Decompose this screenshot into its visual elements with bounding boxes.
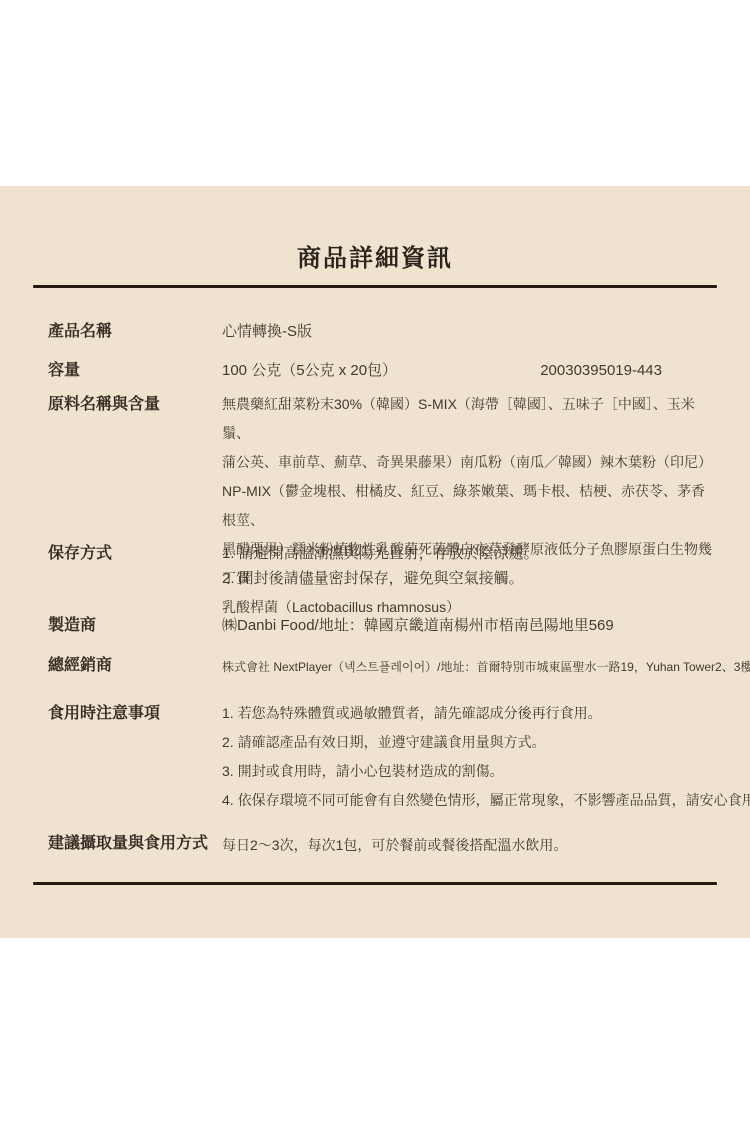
row-precautions: 食用時注意事項 1. 若您為特殊體質或過敏體質者，請先確認成分後再行食用。 2.… — [48, 699, 717, 815]
row-distributor: 總經銷商 株式會社 NextPlayer（넥스트플레이어）/地址：首爾特別市城東… — [48, 656, 717, 676]
distributor-value: 株式會社 NextPlayer（넥스트플레이어）/地址：首爾特別市城東區聖水一路… — [222, 656, 750, 676]
product-detail-screen: 商品詳細資訊 產品名稱 心情轉換-S版 容量 100 公克（5公克 x 20包）… — [0, 0, 750, 1125]
precautions-line: 4. 依保存環境不同可能會有自然變色情形，屬正常現象，不影響產品品質，請安心食用 — [222, 786, 750, 815]
storage-line: 2. 開封後請儘量密封保存，避免與空氣接觸。 — [222, 566, 717, 591]
manufacturer-value: ㈱Danbi Food/地址：韓國京畿道南楊州市梧南邑陽地里569 — [222, 615, 717, 637]
manufacturer-label: 製造商 — [48, 615, 222, 637]
precautions-value: 1. 若您為特殊體質或過敏體質者，請先確認成分後再行食用。 2. 請確認產品有效… — [222, 699, 750, 815]
ingredients-line: 蒲公英、車前草、薊草、奇異果藤果）南瓜粉（南瓜／韓國）辣木葉粉（印尼） — [222, 448, 717, 477]
recommended-intake-value: 每日2～3次，每次1包，可於餐前或餐後搭配溫水飲用。 — [222, 833, 717, 856]
precautions-line: 2. 請確認產品有效日期，並遵守建議食用量與方式。 — [222, 728, 750, 757]
row-storage: 保存方式 1. 請避開高溫潮濕與陽光直射，存放於陰涼處。 2. 開封後請儘量密封… — [48, 541, 717, 591]
recommended-intake-label: 建議攝取量與食用方式 — [48, 833, 222, 855]
ingredients-line: 無農藥紅甜菜粉末30%（韓國）S-MIX（海帶［韓國］、五味子［中國］、玉米鬚、 — [222, 390, 717, 448]
product-info-sheet: 商品詳細資訊 產品名稱 心情轉換-S版 容量 100 公克（5公克 x 20包）… — [0, 186, 750, 938]
bottom-divider — [33, 882, 717, 885]
volume-report-code: 20030395019-443 — [540, 360, 662, 382]
precautions-line: 1. 若您為特殊體質或過敏體質者，請先確認成分後再行食用。 — [222, 699, 750, 728]
top-divider — [33, 285, 717, 288]
page-title: 商品詳細資訊 — [0, 238, 750, 273]
ingredients-line: NP-MIX（鬱金塊根、柑橘皮、紅豆、綠茶嫩葉、瑪卡根、桔梗、赤茯苓、茅香根莖、 — [222, 477, 717, 535]
row-volume: 容量 100 公克（5公克 x 20包） 20030395019-443 — [48, 360, 717, 382]
row-manufacturer: 製造商 ㈱Danbi Food/地址：韓國京畿道南楊州市梧南邑陽地里569 — [48, 615, 717, 637]
storage-line: 1. 請避開高溫潮濕與陽光直射，存放於陰涼處。 — [222, 541, 717, 566]
precautions-line: 3. 開封或食用時，請小心包裝材造成的割傷。 — [222, 757, 750, 786]
row-recommended-intake: 建議攝取量與食用方式 每日2～3次，每次1包，可於餐前或餐後搭配溫水飲用。 — [48, 833, 717, 856]
ingredients-label: 原料名稱與含量 — [48, 390, 222, 419]
precautions-label: 食用時注意事項 — [48, 699, 222, 728]
volume-value-wrap: 100 公克（5公克 x 20包） 20030395019-443 — [222, 360, 717, 382]
storage-label: 保存方式 — [48, 541, 222, 566]
row-product-name: 產品名稱 心情轉換-S版 — [48, 321, 717, 343]
product-name-label: 產品名稱 — [48, 321, 222, 343]
volume-value: 100 公克（5公克 x 20包） — [222, 360, 397, 382]
distributor-label: 總經銷商 — [48, 656, 222, 676]
volume-label: 容量 — [48, 360, 222, 382]
product-name-value: 心情轉換-S版 — [222, 321, 717, 343]
storage-value: 1. 請避開高溫潮濕與陽光直射，存放於陰涼處。 2. 開封後請儘量密封保存，避免… — [222, 541, 717, 591]
